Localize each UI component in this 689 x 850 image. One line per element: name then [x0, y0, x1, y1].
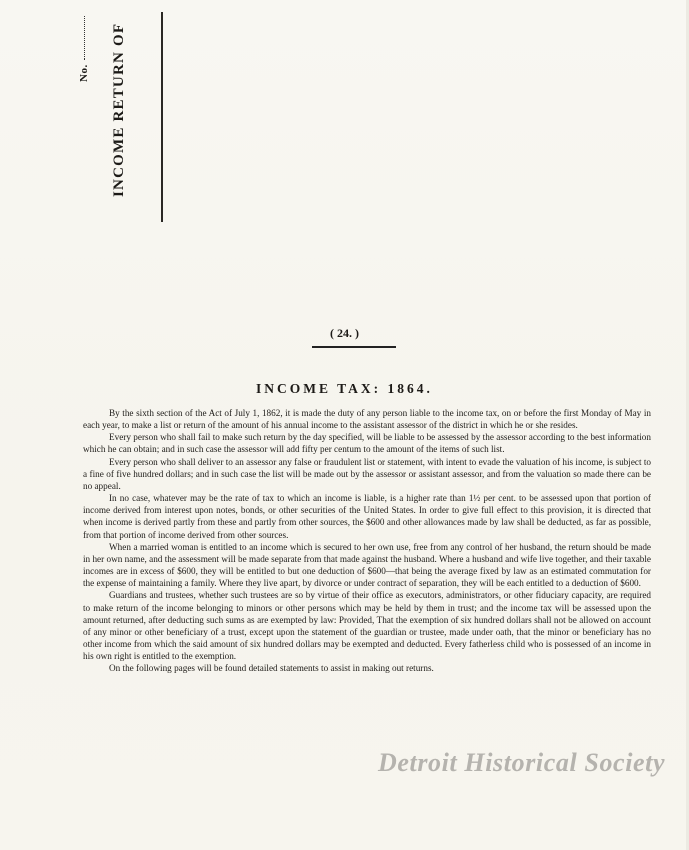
- paragraph-guardians: Guardians and trustees, whether such tru…: [83, 589, 651, 662]
- paragraph-married-woman: When a married woman is entitled to an i…: [83, 541, 651, 590]
- return-number-field: No.: [78, 16, 90, 82]
- number-label: No.: [78, 64, 90, 82]
- document-title: INCOME TAX: 1864.: [0, 381, 689, 397]
- paragraph-act: By the sixth section of the Act of July …: [83, 407, 651, 431]
- number-blank-line: [84, 16, 85, 60]
- paragraph-failure: Every person who shall fail to make such…: [83, 431, 651, 455]
- name-blank-line: [161, 12, 163, 222]
- page-number: ( 24. ): [0, 326, 689, 341]
- paragraph-false-list: Every person who shall deliver to an ass…: [83, 456, 651, 492]
- return-title: INCOME RETURN OF: [111, 23, 128, 197]
- paragraph-rate: In no case, whatever may be the rate of …: [83, 492, 651, 541]
- divider-rule: [312, 346, 396, 348]
- paragraph-following-pages: On the following pages will be found det…: [83, 662, 651, 674]
- watermark: Detroit Historical Society: [378, 748, 665, 778]
- body-text: By the sixth section of the Act of July …: [83, 407, 651, 674]
